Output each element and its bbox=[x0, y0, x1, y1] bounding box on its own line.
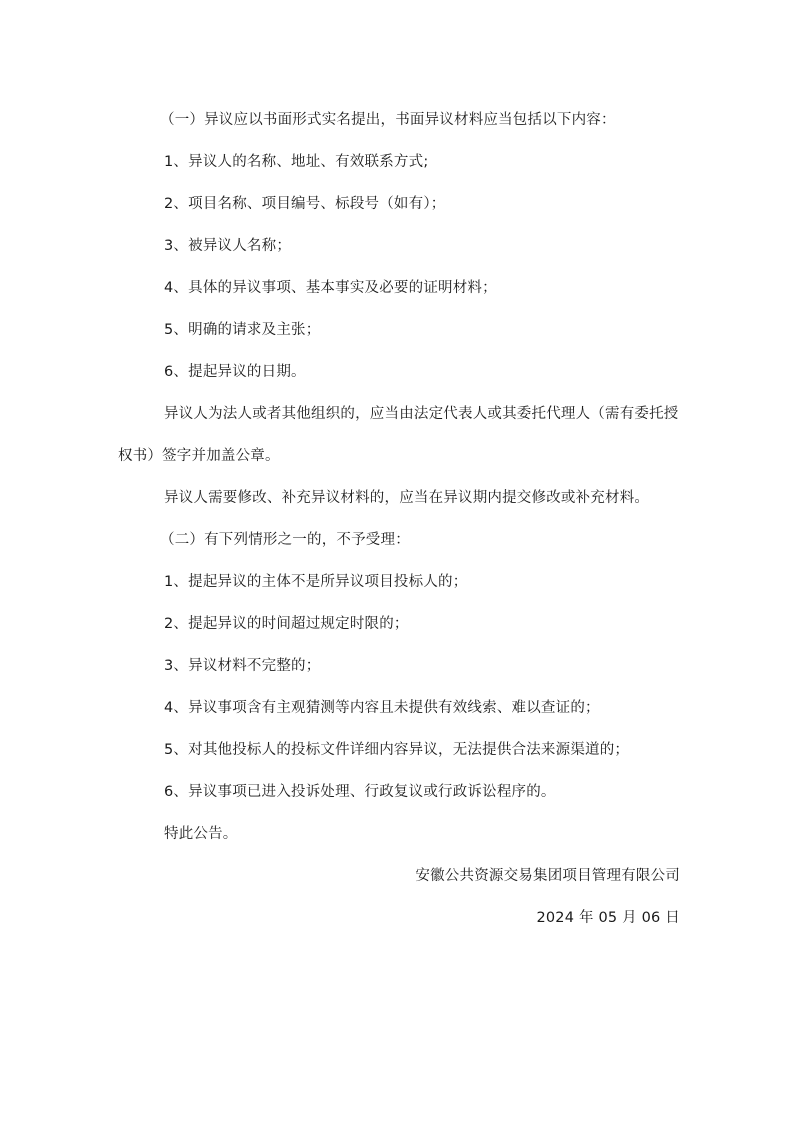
section1-item-6: 6、提起异议的日期。 bbox=[164, 362, 306, 382]
section2-item-5: 5、对其他投标人的投标文件详细内容异议，无法提供合法来源渠道的； bbox=[164, 740, 629, 760]
legal-entity-paragraph-line2: 权书）签字并加盖公章。 bbox=[118, 446, 280, 466]
document-page: （一）异议应以书面形式实名提出，书面异议材料应当包括以下内容： 1、异议人的名称… bbox=[0, 0, 800, 1131]
closing-statement: 特此公告。 bbox=[164, 824, 238, 844]
section1-item-3: 3、被异议人名称； bbox=[164, 236, 291, 256]
section2-item-3: 3、异议材料不完整的； bbox=[164, 656, 320, 676]
signature-date: 2024 年 05 月 06 日 bbox=[536, 908, 680, 928]
section1-item-1: 1、异议人的名称、地址、有效联系方式; bbox=[164, 152, 428, 172]
section1-heading: （一）异议应以书面形式实名提出，书面异议材料应当包括以下内容： bbox=[160, 110, 616, 130]
section2-item-1: 1、提起异议的主体不是所异议项目投标人的； bbox=[164, 572, 467, 592]
section2-item-2: 2、提起异议的时间超过规定时限的； bbox=[164, 614, 409, 634]
section2-item-4: 4、异议事项含有主观猜测等内容且未提供有效线索、难以查证的； bbox=[164, 698, 600, 718]
section1-item-5: 5、明确的请求及主张； bbox=[164, 320, 320, 340]
legal-entity-paragraph-line1: 异议人为法人或者其他组织的，应当由法定代表人或其委托代理人（需有委托授 bbox=[164, 404, 679, 424]
section1-item-4: 4、具体的异议事项、基本事实及必要的证明材料； bbox=[164, 278, 497, 298]
section2-item-6: 6、异议事项已进入投诉处理、行政复议或行政诉讼程序的。 bbox=[164, 782, 556, 802]
amendment-paragraph: 异议人需要修改、补充异议材料的，应当在异议期内提交修改或补充材料。 bbox=[164, 488, 649, 508]
section1-item-2: 2、项目名称、项目编号、标段号（如有）； bbox=[164, 194, 445, 214]
section2-heading: （二）有下列情形之一的，不予受理： bbox=[160, 530, 410, 550]
signature-organization: 安徽公共资源交易集团项目管理有限公司 bbox=[415, 866, 680, 886]
